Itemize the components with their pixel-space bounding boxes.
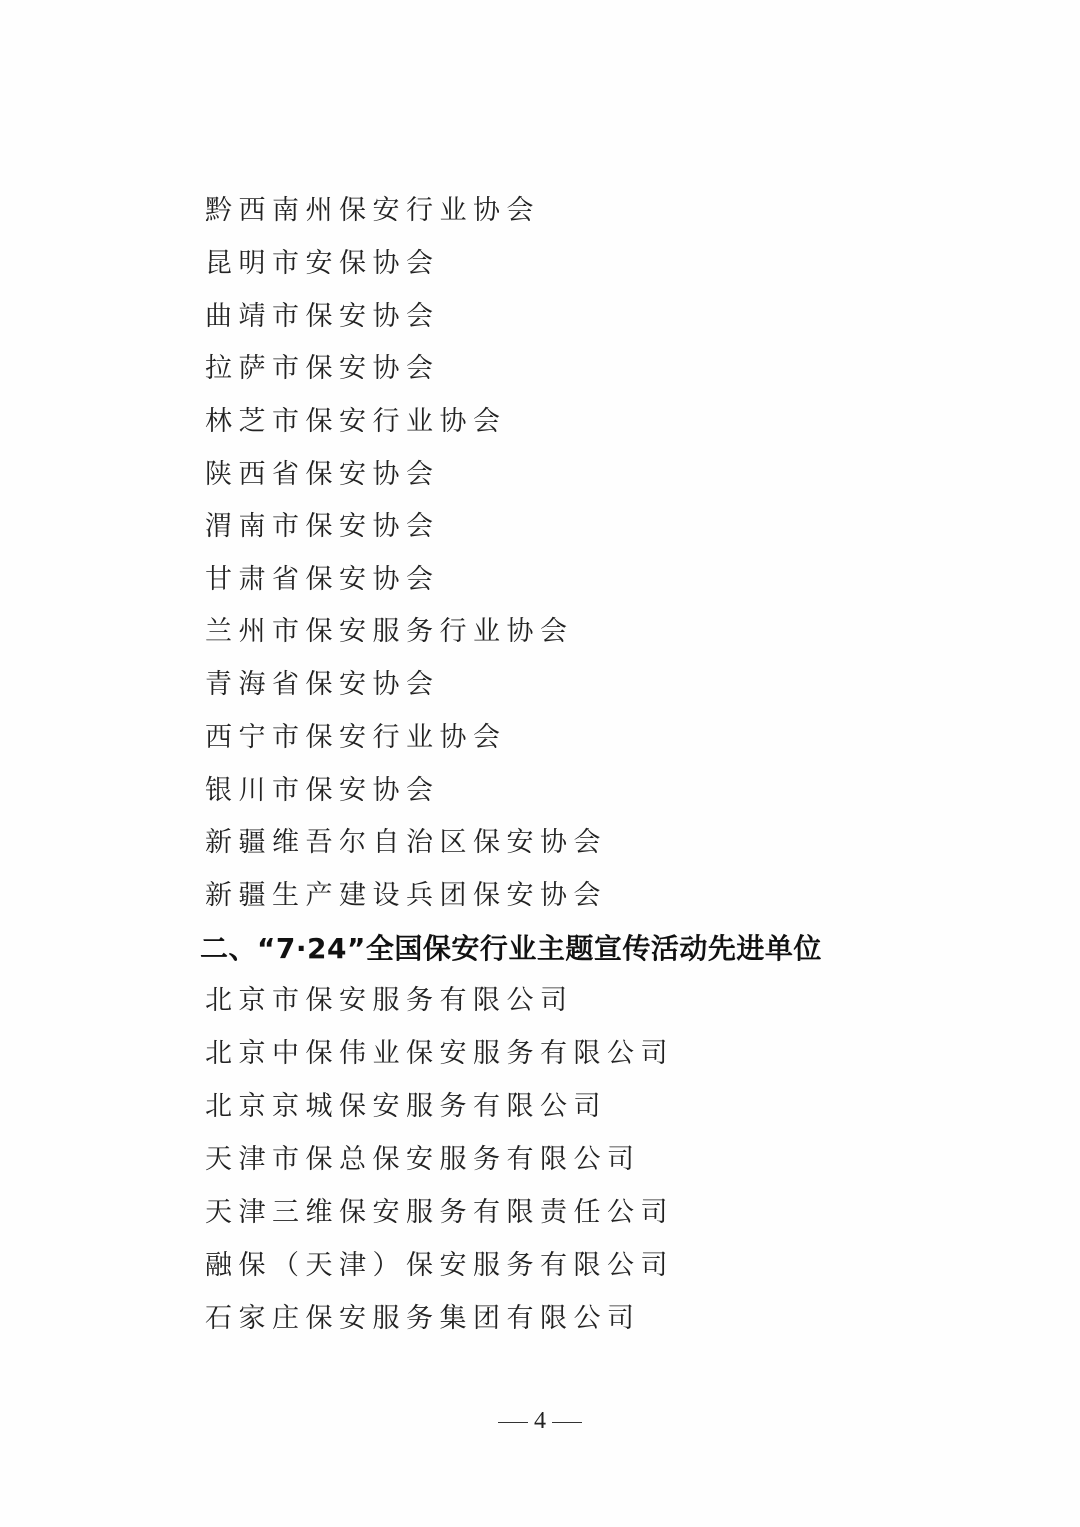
list-item: 渭南市保安协会 — [205, 511, 440, 543]
list-item: 北京京城保安服务有限公司 — [205, 1091, 607, 1123]
list-item: 天津市保总保安服务有限公司 — [205, 1144, 641, 1176]
page-number: 4 — [534, 1408, 546, 1434]
list-item: 融保（天津）保安服务有限公司 — [205, 1250, 674, 1282]
list-item: 西宁市保安行业协会 — [205, 722, 507, 754]
list-item: 曲靖市保安协会 — [205, 301, 440, 333]
list-item: 新疆生产建设兵团保安协会 — [205, 880, 607, 912]
list-item: 兰州市保安服务行业协会 — [205, 616, 574, 648]
list-item: 北京中保伟业保安服务有限公司 — [205, 1038, 674, 1070]
list-item: 拉萨市保安协会 — [205, 353, 440, 385]
section-heading: 二、“7·24”全国保安行业主题宣传活动先进单位 — [200, 932, 822, 966]
document-page: 黔西南州保安行业协会 昆明市安保协会 曲靖市保安协会 拉萨市保安协会 林芝市保安… — [0, 0, 1080, 1527]
list-item: 银川市保安协会 — [205, 775, 440, 807]
list-item: 北京市保安服务有限公司 — [205, 985, 574, 1017]
dash-right — [552, 1422, 582, 1424]
list-item: 甘肃省保安协会 — [205, 564, 440, 596]
list-item: 青海省保安协会 — [205, 669, 440, 701]
list-item: 天津三维保安服务有限责任公司 — [205, 1197, 674, 1229]
list-item: 陕西省保安协会 — [205, 459, 440, 491]
list-item: 林芝市保安行业协会 — [205, 406, 507, 438]
list-item: 新疆维吾尔自治区保安协会 — [205, 827, 607, 859]
list-item: 昆明市安保协会 — [205, 248, 440, 280]
list-item: 黔西南州保安行业协会 — [205, 195, 540, 227]
page-number-footer: 4 — [0, 1408, 1080, 1435]
dash-left — [498, 1422, 528, 1424]
list-item: 石家庄保安服务集团有限公司 — [205, 1303, 641, 1335]
